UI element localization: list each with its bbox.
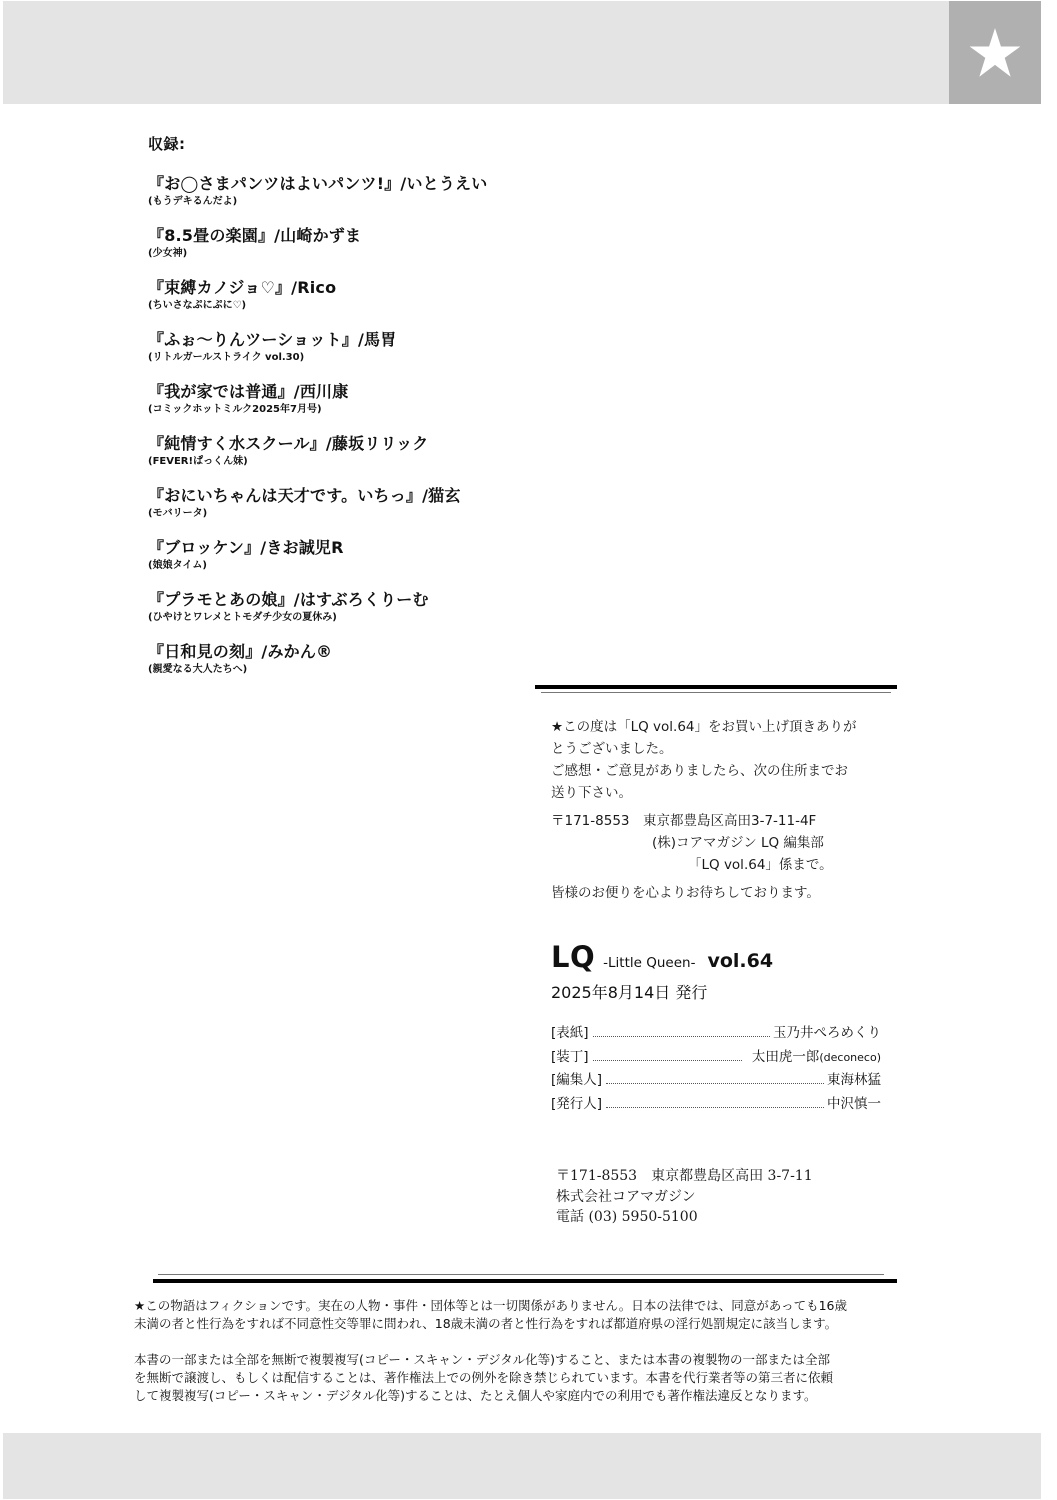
magazine-title: LQ -Little Queen- vol.64 [551,940,881,974]
credit-row: [装丁] 太田虎一郎(deconeco) [551,1046,881,1070]
volume-number: vol.64 [707,950,773,972]
leader-dots [606,1083,824,1084]
divider [158,1274,884,1275]
address-line: 「LQ vol.64」係まで。 [551,854,891,876]
credit-role: [表紙] [551,1022,589,1046]
entry-source: (リトルガールストライク vol.30) [148,351,487,365]
entry-title: 『プラモとあの娘』/はすぶろくりーむ [148,590,487,609]
credit-row: [編集人] 東海林猛 [551,1069,881,1093]
entry-title: 『純情すく水スクール』/藤坂リリック [148,434,487,453]
credit-role: [発行人] [551,1093,602,1117]
list-item: 『プラモとあの娘』/はすぶろくりーむ (ひやけとワレメとトモダチ少女の夏休み) [148,590,487,625]
star-tab [949,1,1041,104]
divider [541,692,891,693]
message-line: 送り下さい。 [551,782,891,804]
mailing-address: 〒171-8553 東京都豊島区高田3-7-11-4F (株)コアマガジン LQ… [551,810,891,876]
divider [153,1279,897,1283]
entry-source: (娘娘タイム) [148,559,487,573]
leader-dots [593,1036,770,1037]
magazine-subtitle: -Little Queen- [603,955,695,971]
contents-list: 収録: 『お◯さまパンツはよいパンツ!』/いとうえい (もうデキるんだよ) 『8… [148,133,487,694]
address-line: (株)コアマガジン LQ 編集部 [551,832,891,854]
star-icon [968,26,1022,80]
credit-name: 東海林猛 [827,1069,881,1093]
entry-title: 『ブロッケン』/きお誠児R [148,538,487,557]
entry-source: (ちいさなぷにぷに♡) [148,299,487,313]
credit-row: [発行人] 中沢慎一 [551,1093,881,1117]
divider [535,685,897,689]
disclaimer-line: して複製複写(コピー・スキャン・デジタル化等)することは、たとえ個人や家庭内での… [134,1387,847,1405]
publication-date: 2025年8月14日 発行 [551,980,881,1003]
entry-title: 『お◯さまパンツはよいパンツ!』/いとうえい [148,174,487,193]
disclaimer-line: 未満の者と性行為をすれば不同意性交等罪に問われ、18歳未満の者と性行為をすれば都… [134,1315,847,1333]
list-item: 『お◯さまパンツはよいパンツ!』/いとうえい (もうデキるんだよ) [148,174,487,209]
credit-name: 中沢慎一 [827,1093,881,1117]
entry-source: (ひやけとワレメとトモダチ少女の夏休み) [148,611,487,625]
entry-title: 『束縛カノジョ♡』/Rico [148,278,487,297]
list-item: 『ブロッケン』/きお誠児R (娘娘タイム) [148,538,487,573]
leader-dots [606,1107,824,1108]
address-line: 〒171-8553 東京都豊島区高田3-7-11-4F [551,810,891,832]
contents-heading: 収録: [148,133,487,154]
footer-band [3,1433,1041,1499]
entry-source: (モバリータ) [148,507,487,521]
entry-source: (もうデキるんだよ) [148,195,487,209]
reader-message: ★この度は「LQ vol.64」をお買い上げ頂きありが とうございました。 ご感… [551,716,891,904]
credit-role: [編集人] [551,1069,602,1093]
list-item: 『ふぉ〜りんツーショット』/馬胃 (リトルガールストライク vol.30) [148,330,487,365]
list-item: 『おにいちゃんは天才です。いちっ』/猫玄 (モバリータ) [148,486,487,521]
entry-title: 『ふぉ〜りんツーショット』/馬胃 [148,330,487,349]
colophon: LQ -Little Queen- vol.64 2025年8月14日 発行 [… [551,940,881,1116]
credits-list: [表紙] 玉乃井ぺろめくり [装丁] 太田虎一郎(deconeco) [編集人]… [551,1022,881,1116]
colophon-page: 収録: 『お◯さまパンツはよいパンツ!』/いとうえい (もうデキるんだよ) 『8… [0,0,1057,1500]
credit-name: 太田虎一郎(deconeco) [752,1046,881,1070]
disclaimer-line: を無断で譲渡し、もしくは配信することは、著作権法上での例外を除き禁じられています… [134,1369,847,1387]
message-line: ご感想・ご意見がありましたら、次の住所までお [551,760,891,782]
publisher-address: 〒171-8553 東京都豊島区高田 3-7-11 [556,1166,813,1187]
list-item: 『純情すく水スクール』/藤坂リリック (FEVER!ぱっくん妹) [148,434,487,469]
entry-title: 『日和見の刻』/みかん® [148,642,487,661]
entry-source: (親愛なる大人たちへ) [148,663,487,677]
entry-title: 『おにいちゃんは天才です。いちっ』/猫玄 [148,486,487,505]
publisher-info: 〒171-8553 東京都豊島区高田 3-7-11 株式会社コアマガジン 電話 … [556,1166,813,1228]
credit-name: 玉乃井ぺろめくり [773,1022,881,1046]
entry-title: 『8.5畳の楽園』/山崎かずま [148,226,487,245]
entry-source: (少女神) [148,247,487,261]
header-band [3,1,1041,104]
list-item: 『我が家では普通』/西川康 (コミックホットミルク2025年7月号) [148,382,487,417]
list-item: 『8.5畳の楽園』/山崎かずま (少女神) [148,226,487,261]
message-line: ★この度は「LQ vol.64」をお買い上げ頂きありが [551,716,891,738]
magazine-logo: LQ [551,940,595,974]
disclaimer-line: ★この物語はフィクションです。実在の人物・事件・団体等とは一切関係がありません。… [134,1297,847,1315]
disclaimer-line: 本書の一部または全部を無断で複製複写(コピー・スキャン・デジタル化等)すること、… [134,1351,847,1369]
legal-disclaimer: ★この物語はフィクションです。実在の人物・事件・団体等とは一切関係がありません。… [134,1297,847,1405]
list-item: 『日和見の刻』/みかん® (親愛なる大人たちへ) [148,642,487,677]
publisher-phone: 電話 (03) 5950-5100 [556,1207,813,1228]
entry-source: (コミックホットミルク2025年7月号) [148,403,487,417]
entry-source: (FEVER!ぱっくん妹) [148,455,487,469]
list-item: 『束縛カノジョ♡』/Rico (ちいさなぷにぷに♡) [148,278,487,313]
message-line: とうございました。 [551,738,891,760]
entry-title: 『我が家では普通』/西川康 [148,382,487,401]
publisher-company: 株式会社コアマガジン [556,1187,813,1208]
credit-role: [装丁] [551,1046,589,1070]
credit-row: [表紙] 玉乃井ぺろめくり [551,1022,881,1046]
leader-dots [593,1060,742,1061]
closing-line: 皆様のお便りを心よりお待ちしております。 [551,882,891,904]
